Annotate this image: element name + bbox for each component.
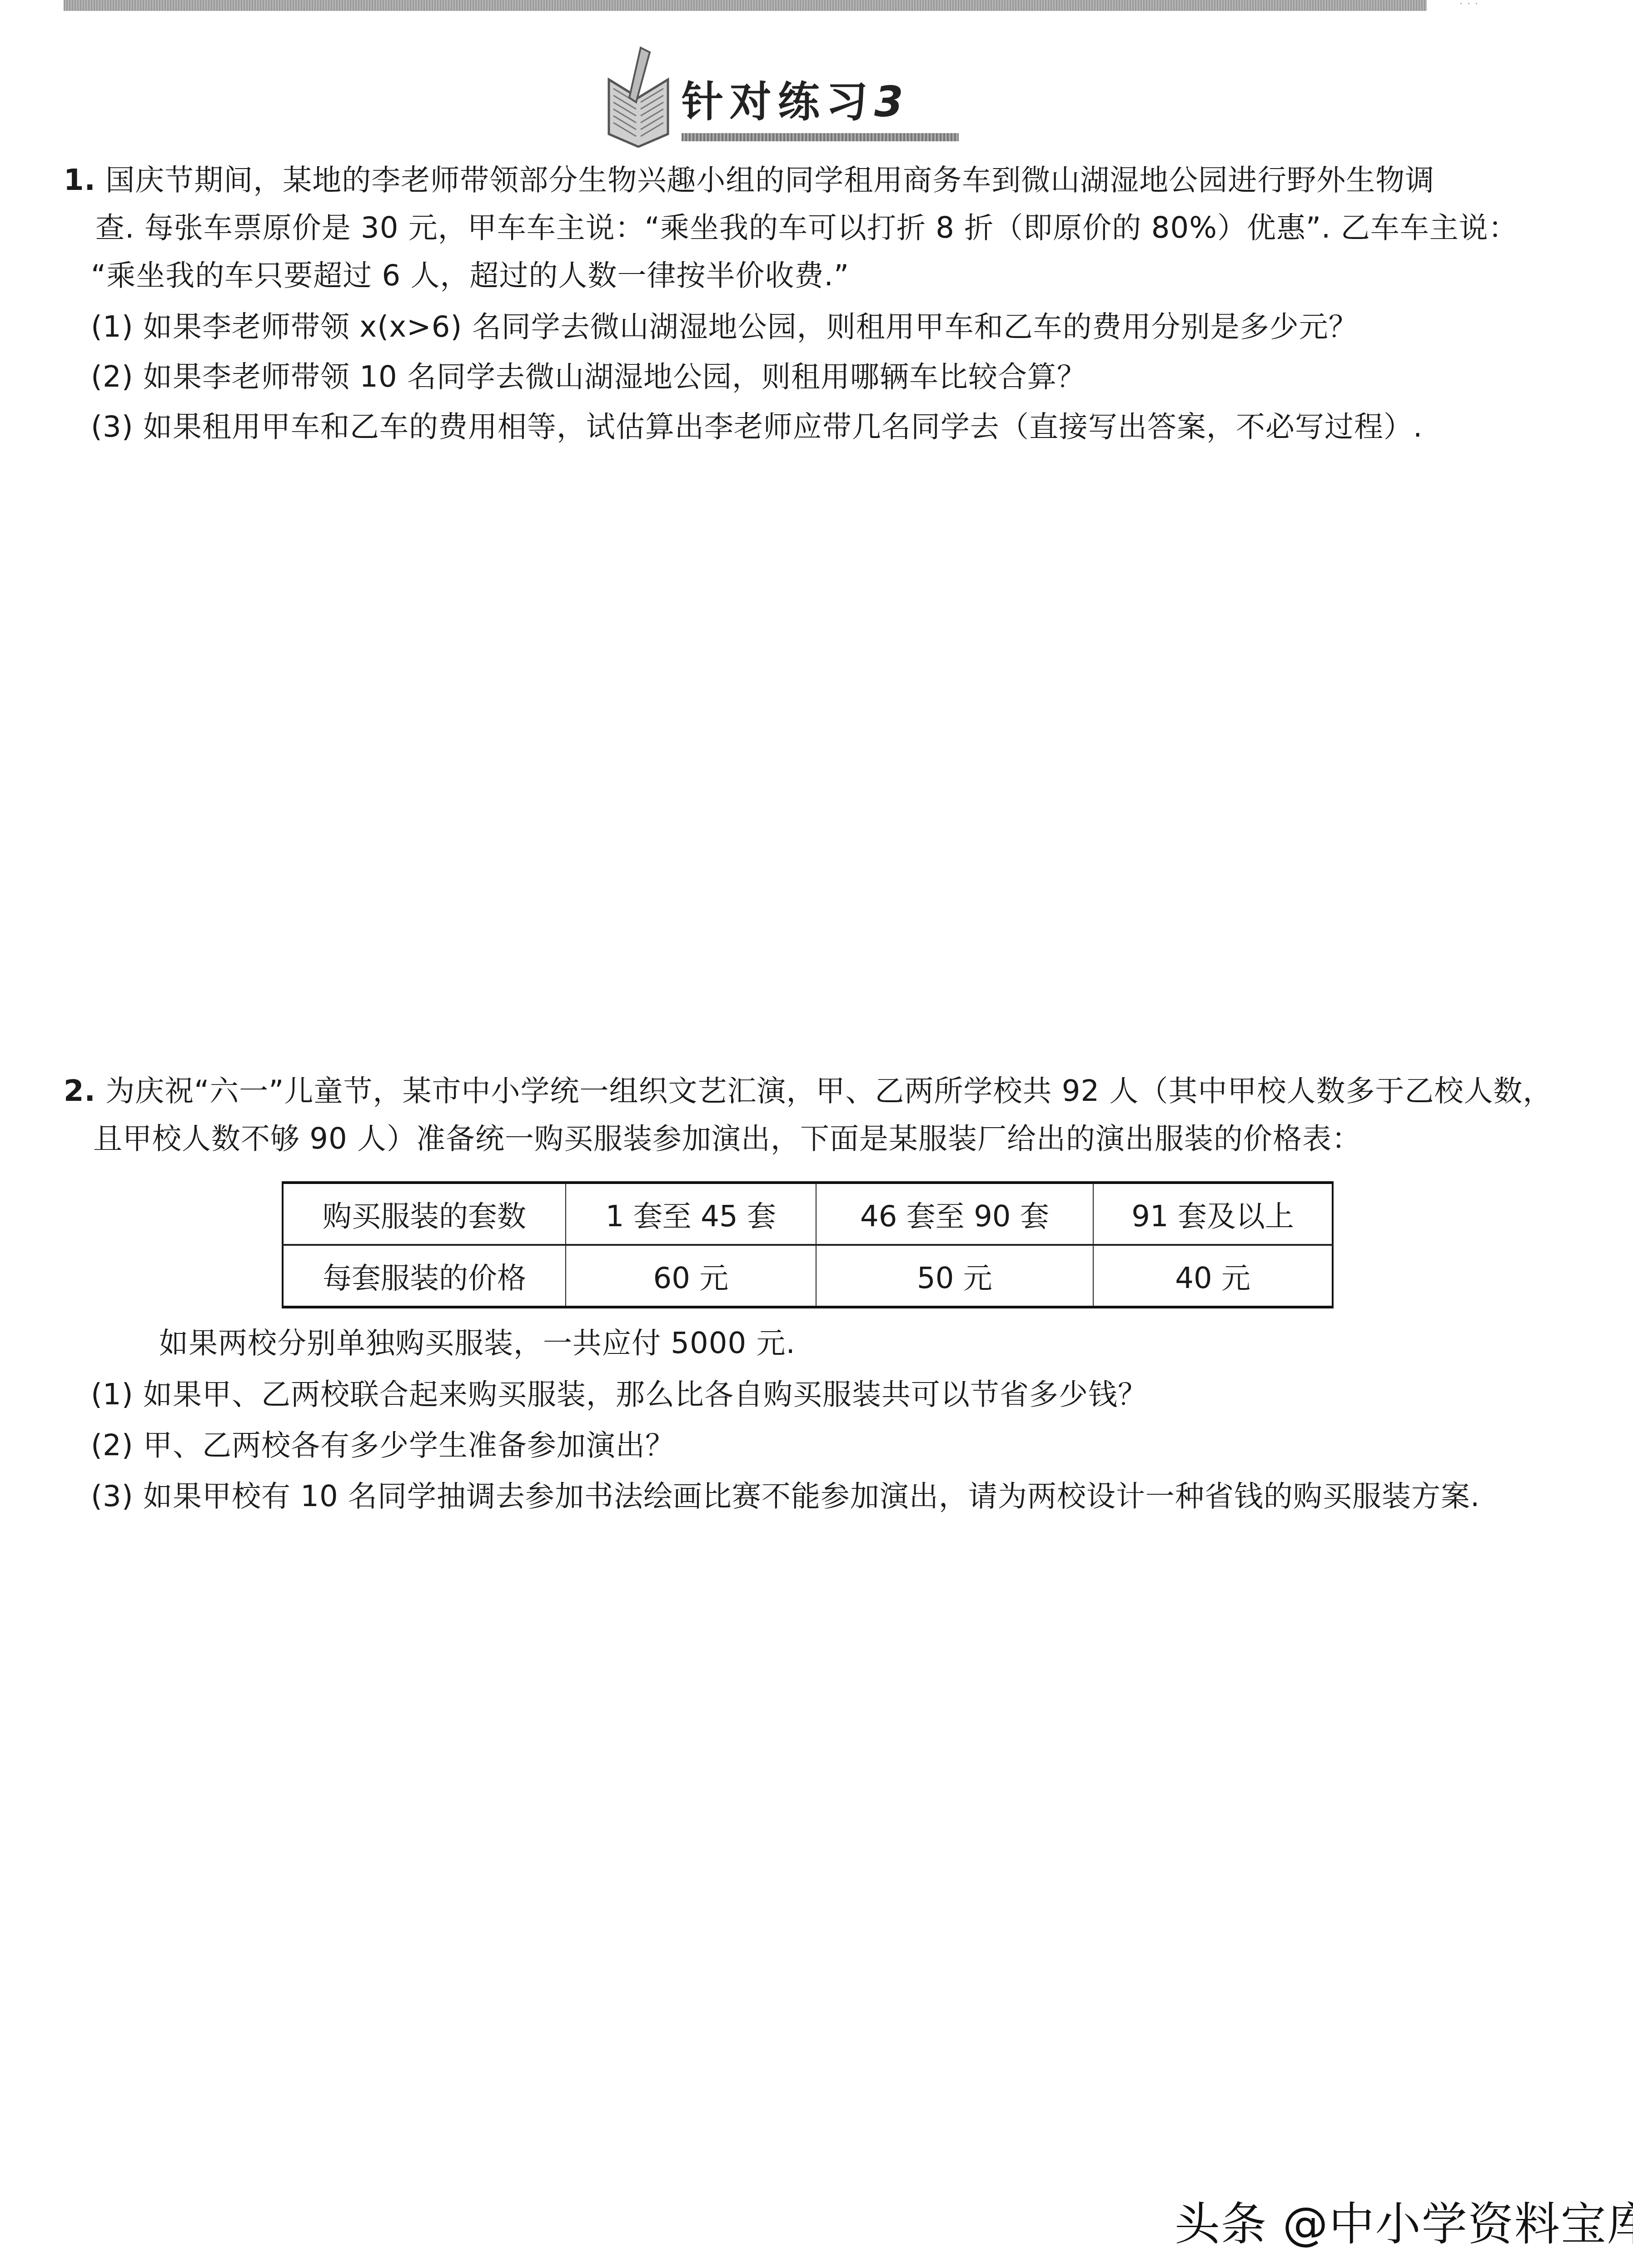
question-1-stem-line-1: 1. 国庆节期间，某地的李老师带领部分生物兴趣小组的同学租用商务车到微山湖湿地公…: [64, 166, 1434, 195]
question-2-stem-line-2: 且甲校人数不够 90 人）准备统一购买服装参加演出，下面是某服装厂给出的演出服装…: [93, 1124, 1361, 1154]
table-cell: 50 元: [816, 1245, 1093, 1307]
book-pencil-icon: [604, 43, 672, 148]
scan-corner-marks: ˙˙˙: [1459, 2, 1499, 13]
question-2-part-3: (3) 如果甲校有 10 名同学抽调去参加书法绘画比赛不能参加演出，请为两校设计…: [91, 1482, 1480, 1511]
question-1-part-2: (2) 如果李老师带领 10 名同学去微山湖湿地公园，则租用哪辆车比较合算？: [91, 363, 1086, 392]
watermark: 头条 @中小学资料宝库: [1175, 2188, 1633, 2253]
table-cell: 46 套至 90 套: [816, 1183, 1093, 1245]
table-header-cell: 每套服装的价格: [283, 1245, 566, 1307]
question-1-stem-line-3: “乘坐我的车只要超过 6 人，超过的人数一律按半价收费.”: [91, 261, 849, 290]
question-2-stem-line-1: 2. 为庆祝“六一”儿童节，某市中小学统一组织文艺汇演，甲、乙两所学校共 92 …: [64, 1077, 1553, 1106]
section-header: 针对练习3: [604, 32, 959, 159]
question-1-stem-line-2: 查. 每张车票原价是 30 元，甲车车主说：“乘坐我的车可以打折 8 折（即原价…: [95, 214, 1518, 243]
table-cell: 91 套及以上: [1093, 1183, 1333, 1245]
price-table: 购买服装的套数 1 套至 45 套 46 套至 90 套 91 套及以上 每套服…: [282, 1181, 1334, 1308]
table-cell: 40 元: [1093, 1245, 1333, 1307]
question-2-part-2: (2) 甲、乙两校各有多少学生准备参加演出？: [91, 1431, 675, 1460]
question-2-number: 2.: [64, 1074, 96, 1108]
question-2-note: 如果两校分别单独购买服装，一共应付 5000 元.: [159, 1329, 796, 1358]
question-1-part-3: (3) 如果租用甲车和乙车的费用相等，试估算出李老师应带几名同学去（直接写出答案…: [91, 413, 1423, 442]
question-1-number: 1.: [64, 164, 96, 197]
table-row: 每套服装的价格 60 元 50 元 40 元: [283, 1245, 1333, 1307]
table-cell: 60 元: [566, 1245, 816, 1307]
question-2-part-1: (1) 如果甲、乙两校联合起来购买服装，那么比各自购买服装共可以节省多少钱？: [91, 1380, 1147, 1409]
title-underline: [682, 133, 959, 141]
table-header-cell: 购买服装的套数: [283, 1183, 566, 1245]
section-title: 针对练习3: [682, 81, 959, 123]
table-row: 购买服装的套数 1 套至 45 套 46 套至 90 套 91 套及以上: [283, 1183, 1333, 1245]
question-1-part-1: (1) 如果李老师带领 x(x>6) 名同学去微山湖湿地公园，则租用甲车和乙车的…: [91, 313, 1358, 342]
page-top-border: [64, 0, 1427, 11]
table-cell: 1 套至 45 套: [566, 1183, 816, 1245]
